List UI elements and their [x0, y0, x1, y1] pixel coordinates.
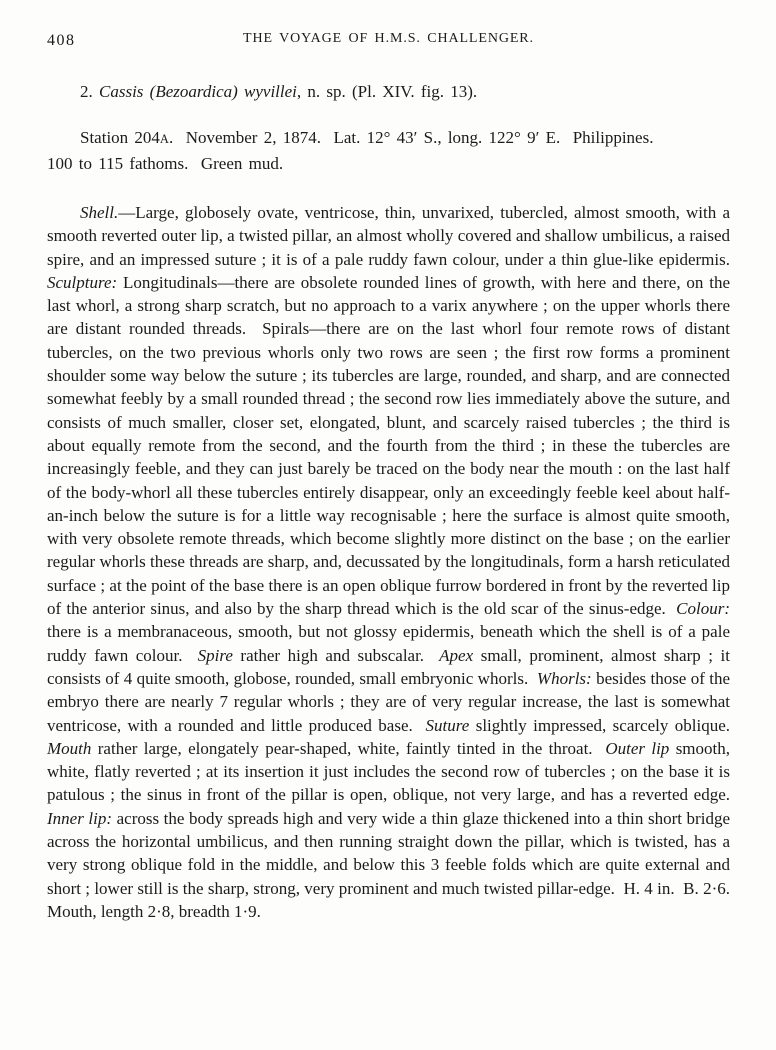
station-line-1: Station 204A. November 2, 1874. Lat. 12°… [80, 128, 653, 147]
page-number: 408 [47, 32, 76, 50]
text-segment: Mouth [47, 739, 91, 758]
text-segment: slightly impressed, scarcely oblique. [469, 716, 738, 735]
text-segment: —Large, globosely ovate, ventricose, thi… [47, 203, 739, 269]
text-segment: Suture [426, 716, 470, 735]
text-segment: Whorls: [537, 669, 592, 688]
text-segment: Station 204 [80, 128, 160, 147]
running-title: THE VOYAGE OF H.M.S. CHALLENGER. [47, 31, 730, 47]
text-segment: Shell. [80, 203, 118, 222]
text-segment: Spire [198, 646, 233, 665]
page-header: 408 THE VOYAGE OF H.M.S. CHALLENGER. [47, 31, 730, 51]
text-segment: Longitudinals—there are obsolete rounded… [47, 273, 734, 618]
text-segment: Sculpture: [47, 273, 117, 292]
text-segment: Colour: [676, 599, 730, 618]
text-segment: rather large, elongately pear-shaped, wh… [91, 739, 605, 758]
text-segment: 2. [80, 82, 99, 101]
description-paragraph: Shell.—Large, globosely ovate, ventricos… [47, 201, 730, 923]
text-segment: rather high and subscalar. [233, 646, 439, 665]
text-segment: across the body spreads high and very wi… [47, 809, 739, 921]
species-heading: 2. Cassis (Bezoardica) wyvillei, n. sp. … [47, 80, 730, 103]
text-segment: Apex [439, 646, 473, 665]
text-segment: A [160, 132, 169, 146]
text-segment: Inner lip: [47, 809, 112, 828]
text-segment: Outer lip [605, 739, 669, 758]
text-segment: , n. sp. (Pl. XIV. fig. 13). [297, 82, 477, 101]
station-line-2: 100 to 115 fathoms. Green mud. [47, 154, 283, 173]
text-segment: Cassis (Bezoardica) wyvillei [99, 82, 297, 101]
book-page: 408 THE VOYAGE OF H.M.S. CHALLENGER. 2. … [0, 0, 776, 1050]
text-segment: . November 2, 1874. Lat. 12° 43′ S., lon… [169, 128, 654, 147]
station-paragraph: Station 204A. November 2, 1874. Lat. 12°… [47, 126, 730, 175]
